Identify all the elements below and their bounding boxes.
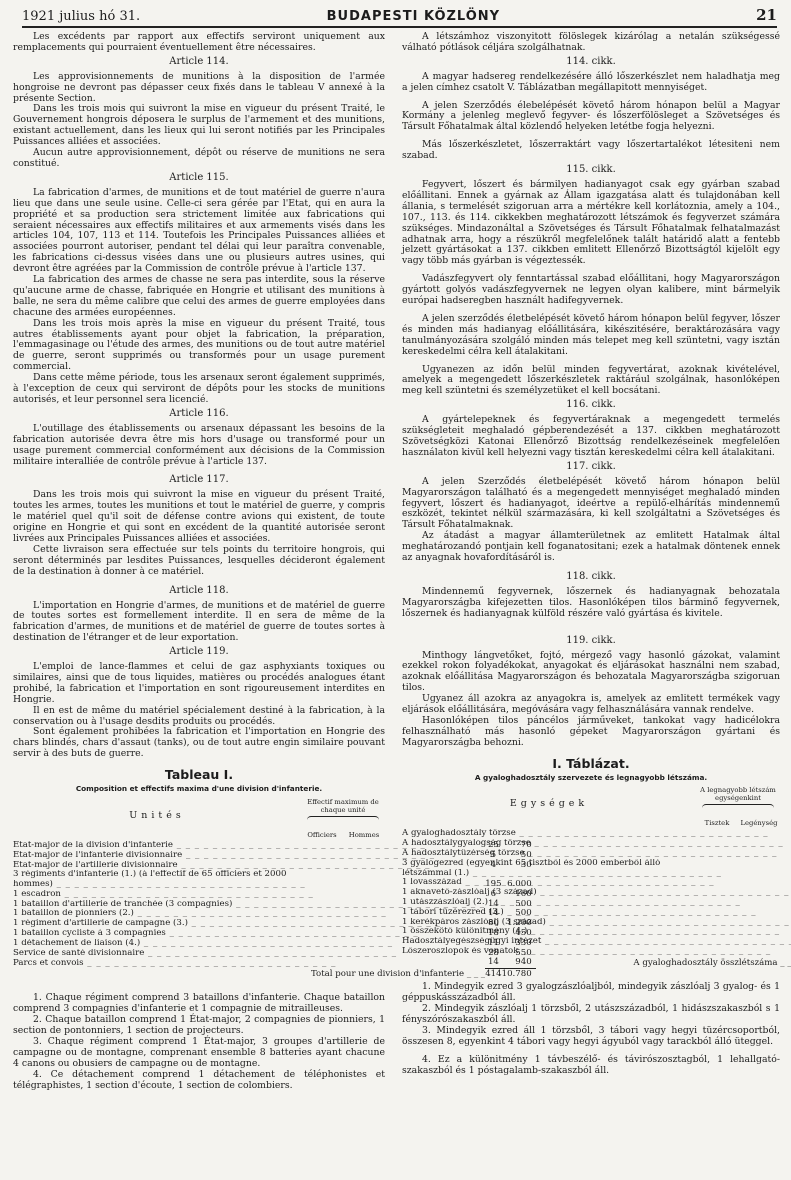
column-headers: Tisztek Legénység	[402, 818, 780, 829]
footnote: 2. Mindegyik zászlóalj 1 törzsből, 2 utá…	[402, 1003, 780, 1025]
paragraph: Les approvisionnements de munitions à la…	[13, 72, 385, 105]
paragraph: A jelen szerződés életbelépését követő h…	[402, 314, 780, 358]
footnote: 4. Ez a különitmény 1 távbeszélő- és táv…	[402, 1054, 780, 1076]
article-heading: Article 118.	[13, 586, 385, 597]
table-subtitle: Composition et effectifs maxima d'une di…	[13, 784, 385, 795]
footnote: 1. Mindegyik ezred 3 gyalogzászlóaljból,…	[402, 981, 780, 1003]
table-title: I. Táblázat.	[402, 759, 780, 770]
paragraph: Minthogy lángvetőket, fojtó, mérgező vag…	[402, 651, 780, 695]
article-heading: Article 117.	[13, 475, 385, 486]
paragraph: Vadászfegyvert oly fenntartással szabad …	[402, 274, 780, 307]
paragraph: Az átadást a magyar államterületnek az e…	[402, 531, 780, 564]
table-row: A hadosztálytüzérség törzse _ _ _ _ _ _ …	[402, 849, 791, 859]
table-row: 1 lovasszázad _ _ _ _ _ _ _ _ _ _ _ _ _ …	[402, 878, 791, 888]
article-heading: Article 115.	[13, 173, 385, 184]
col-hommes: Hommes	[343, 830, 385, 841]
paragraph: Sont également prohibées la fabrication …	[13, 727, 385, 760]
paragraph: Dans cette même période, tous les arsena…	[13, 373, 385, 406]
table-header: Unités Effectif maximum de chaque unité	[13, 799, 385, 829]
article-heading: 115. cikk.	[402, 165, 780, 176]
units-header: Unités	[13, 799, 301, 829]
article-heading: Article 116.	[13, 409, 385, 420]
intro-paragraph: Les excédents par rapport aux effectifs …	[13, 32, 385, 54]
paragraph: A gyártelepeknek és fegyvertáraknak a me…	[402, 415, 780, 459]
paragraph: A jelen Szerződés élebelépését követő há…	[402, 101, 780, 134]
column-headers: Officiers Hommes	[13, 830, 385, 841]
paragraph: La fabrication des armes de chasse ne se…	[13, 275, 385, 319]
footnote: 4. Ce détachement comprend 1 détachement…	[13, 1069, 385, 1091]
table-row: 3 gyalogezred (egyenkint 65 tisztből és …	[402, 859, 791, 869]
article-heading: 117. cikk.	[402, 462, 780, 473]
paragraph: Dans les trois mois qui suivront la mise…	[13, 490, 385, 545]
issue-date: 1921 julius hó 31.	[22, 9, 140, 24]
paragraph: L'emploi de lance-flammes et celui de ga…	[13, 662, 385, 706]
article-heading: Article 114.	[13, 57, 385, 68]
paragraph: Fegyvert, lőszert és bármilyen hadianyag…	[402, 180, 780, 267]
table-row: létszámmal (1.) _ _ _ _ _ _ _ _ _ _ _ _ …	[402, 869, 791, 879]
footnote: 2. Chaque bataillon comprend 1 État-majo…	[13, 1014, 385, 1036]
paragraph: Dans les trois mois après la mise en vig…	[13, 319, 385, 374]
footnote: 3. Mindegyik ezred áll 1 törzsből, 3 táb…	[402, 1025, 780, 1047]
table-row: 1 összekötő különitmény (4.) _ _ _ _ _ _…	[402, 927, 791, 937]
paragraph: A jelen Szerződés életbelépését követő h…	[402, 477, 780, 532]
article-heading: 116. cikk.	[402, 400, 780, 411]
table-subtitle: A gyaloghadosztály szervezete és legnagy…	[402, 773, 780, 784]
paragraph: Dans les trois mois qui suivront la mise…	[13, 104, 385, 148]
paragraph: L'importation en Hongrie d'armes, de mun…	[13, 601, 385, 645]
article-heading: Article 119.	[13, 647, 385, 658]
footnotes: 1. Chaque régiment comprend 3 bataillons…	[13, 992, 385, 1091]
effectif-header: A legnagyobb létszám egységenkint	[696, 787, 780, 817]
article-heading: 118. cikk.	[402, 572, 780, 583]
french-column: Les excédents par rapport aux effectifs …	[13, 32, 385, 1091]
brace-divider	[702, 804, 774, 809]
col-tisztek: Tisztek	[696, 818, 738, 829]
paragraph: Hasonlóképen tilos páncélos járműveket, …	[402, 716, 780, 749]
paragraph: Cette livraison sera effectuée sur tels …	[13, 545, 385, 578]
table-row: A gyaloghadosztály törzse _ _ _ _ _ _ _ …	[402, 829, 791, 839]
table-title: Tableau I.	[13, 770, 385, 781]
paragraph: A magyar hadsereg rendelkezésére álló lő…	[402, 72, 780, 94]
composition-table: A gyaloghadosztály törzse _ _ _ _ _ _ _ …	[402, 829, 791, 968]
hungarian-column: A létszámhoz viszonyitott fölöslegek kiz…	[402, 32, 780, 1076]
article-heading: 119. cikk.	[402, 636, 780, 647]
total-row: A gyaloghadosztály összlétszáma _ _ _414…	[402, 957, 791, 968]
table-row: A hadosztálygyalogság törzse _ _ _ _ _ _…	[402, 839, 791, 849]
article-heading: 114. cikk.	[402, 57, 780, 68]
table-row: Hadosztályegészségügyi intézet _ _ _ _ _…	[402, 937, 791, 947]
paragraph: Más lőszerkészletet, lőszerraktárt vagy …	[402, 140, 780, 162]
col-officiers: Officiers	[301, 830, 343, 841]
table-row: 1 tábori tüzérezred (3.) _ _ _ _ _ _ _ _…	[402, 908, 791, 918]
table-row: Lőszeroszlopok és vonatok _ _ _ _ _ _ _ …	[402, 947, 791, 957]
footnote: 3. Chaque régiment comprend 1 État-major…	[13, 1036, 385, 1069]
table-row: 1 aknavető-zászlóalj (3 század) _ _ _ _ …	[402, 888, 791, 898]
table-header: Egységek A legnagyobb létszám egységenki…	[402, 787, 780, 817]
footnote: 1. Chaque régiment comprend 3 bataillons…	[13, 992, 385, 1014]
paragraph: Mindennemű fegyvernek, lőszernek és hadi…	[402, 587, 780, 620]
table-row: 1 utászzászlóalj (2.) _ _ _ _ _ _ _ _ _ …	[402, 898, 791, 908]
paragraph: Aucun autre approvisionnement, dépôt ou …	[13, 148, 385, 170]
footnotes: 1. Mindegyik ezred 3 gyalogzászlóaljból,…	[402, 981, 780, 1076]
publication-title: BUDAPESTI KÖZLÖNY	[327, 9, 500, 24]
paragraph: Ugyanezen az időn belül minden fegyvertá…	[402, 365, 780, 398]
page-header: 1921 julius hó 31. BUDAPESTI KÖZLÖNY 21	[22, 4, 777, 28]
table-row: 1 kerékpáros zászlóalj (3 század) _ _ _ …	[402, 918, 791, 928]
paragraph: La fabrication d'armes, de munitions et …	[13, 188, 385, 275]
paragraph: L'outillage des établissements ou arsena…	[13, 424, 385, 468]
page-number: 21	[756, 6, 777, 24]
paragraph: Ugyanez áll azokra az anyagokra is, amel…	[402, 694, 780, 716]
effectif-header: Effectif maximum de chaque unité	[301, 799, 385, 829]
brace-divider	[307, 816, 379, 821]
units-header: Egységek	[402, 787, 696, 817]
col-legenyseg: Legénység	[738, 818, 780, 829]
paragraph: Il en est de même du matériel spécialeme…	[13, 706, 385, 728]
intro-paragraph: A létszámhoz viszonyitott fölöslegek kiz…	[402, 32, 780, 54]
